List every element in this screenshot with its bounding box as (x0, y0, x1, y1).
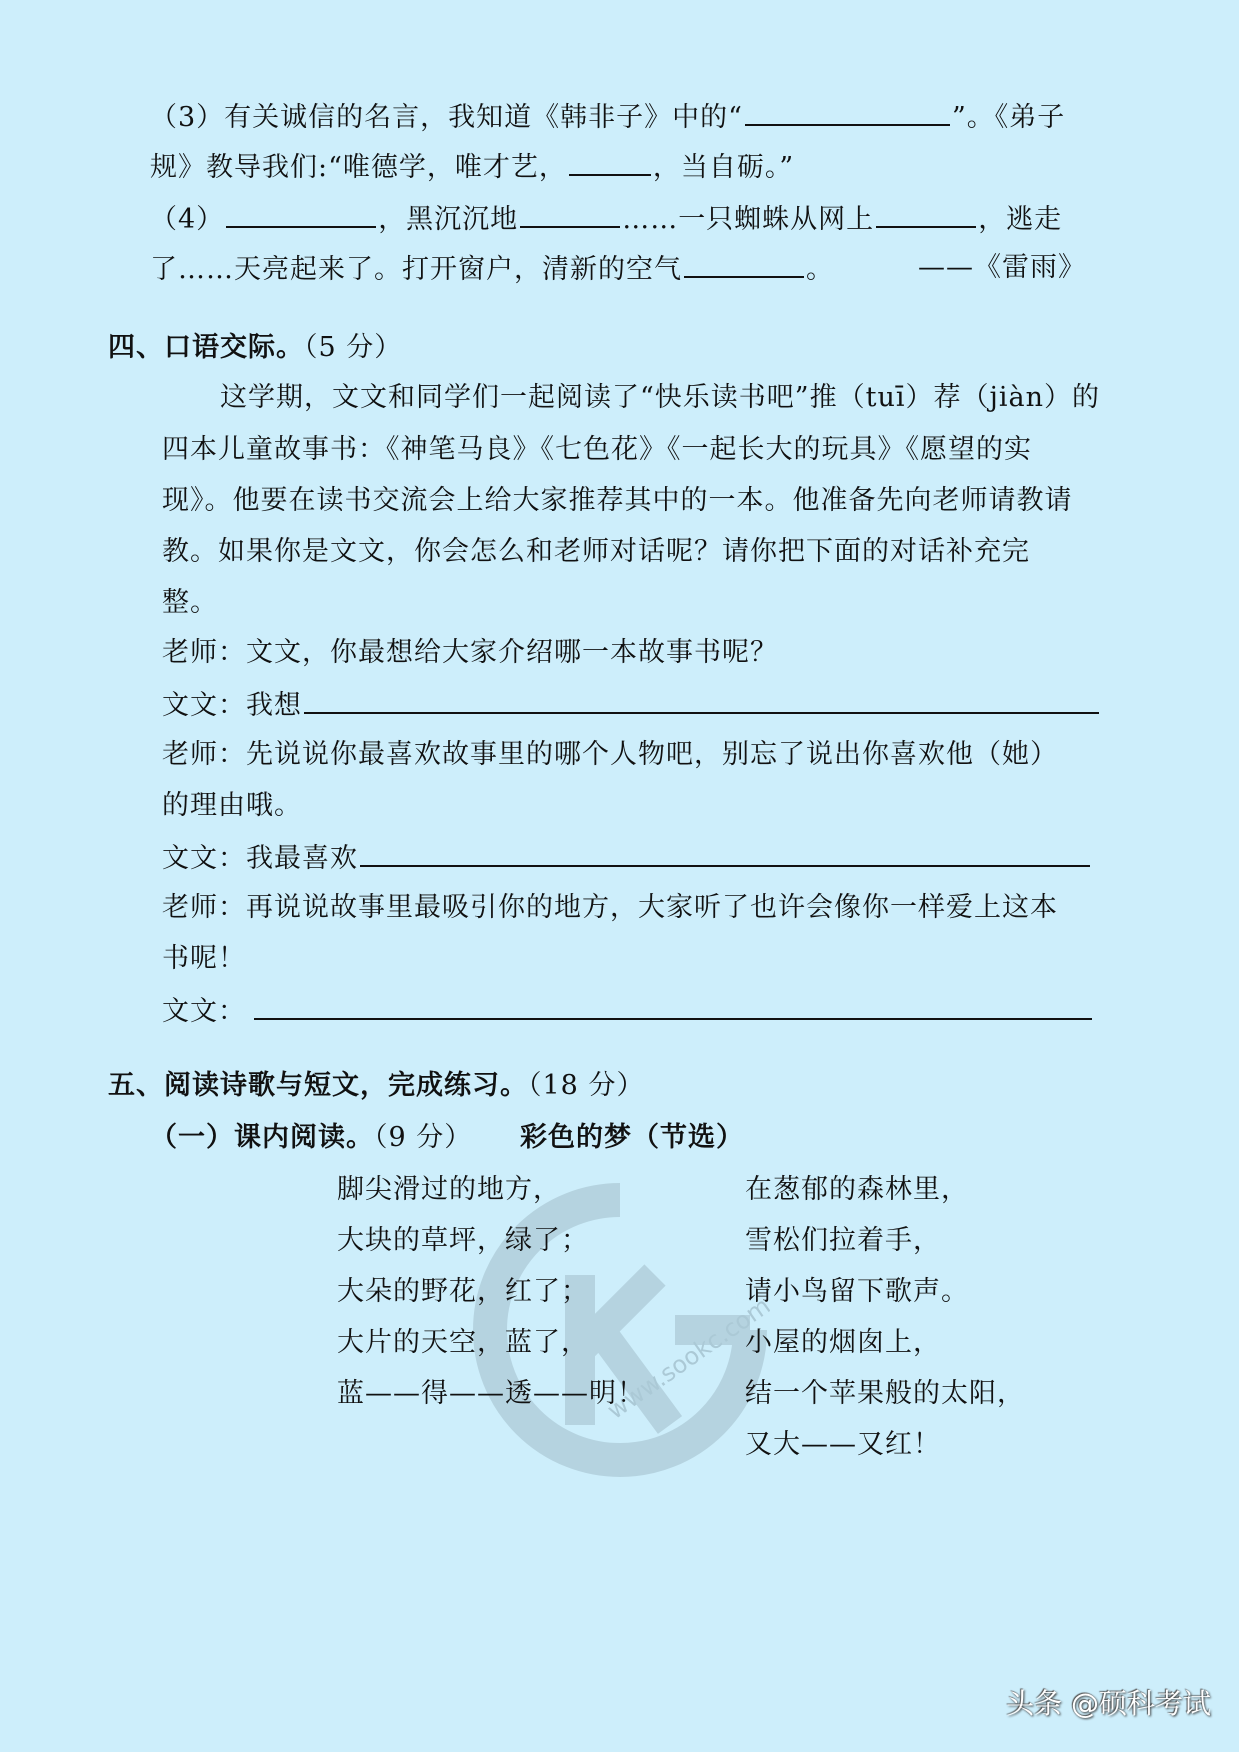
answer-blank[interactable] (360, 839, 1090, 867)
answer-blank[interactable] (684, 250, 804, 278)
dialog-teacher-2-cont: 的理由哦。 (162, 788, 302, 824)
q4-text: 。 (806, 254, 834, 285)
section5-sub1-heading: （一）课内阅读。（9 分） (150, 1120, 472, 1156)
q4-text: ，逃走 (978, 204, 1062, 235)
dialog-teacher-1: 老师：文文，你最想给大家介绍哪一本故事书呢？ (162, 635, 778, 671)
section-score: （18 分） (528, 1070, 644, 1101)
answer-blank[interactable] (226, 200, 376, 228)
q4-label: （4） (150, 204, 224, 235)
answer-blank[interactable] (876, 200, 976, 228)
section4-paragraph-line: 现》。他要在读书交流会上给大家推荐其中的一本。他准备先向老师请教请 (162, 483, 1073, 519)
q3-text: 规》教导我们:“唯德学，唯才艺， (150, 152, 567, 183)
poem-left-line: 大块的草坪，绿了； (337, 1223, 589, 1259)
subsection-score: （9 分） (374, 1122, 472, 1153)
section4-paragraph-line: 这学期，文文和同学们一起阅读了“快乐读书吧”推（tuī）荐（jiàn）的 (220, 380, 1100, 416)
dialog-wenwen-2: 文文：我最喜欢 (162, 839, 1092, 877)
answer-blank[interactable] (745, 98, 950, 126)
q3-line-1: （3）有关诚信的名言，我知道《韩非子》中的“”。《弟子 (150, 98, 1065, 136)
q4-text: 了……天亮起来了。打开窗户，清新的空气 (150, 254, 682, 285)
q4-text: ……一只蜘蛛从网上 (622, 204, 874, 235)
q3-text: ”。《弟子 (952, 102, 1065, 133)
section4-paragraph-line: 四本儿童故事书：《神笔马良》《七色花》《一起长大的玩具》《愿望的实 (162, 432, 1032, 468)
poem-right-line: 雪松们拉着手， (745, 1223, 941, 1259)
section4-paragraph-line: 教。如果你是文文，你会怎么和老师对话呢？请你把下面的对话补充完 (162, 534, 1030, 570)
dialog-teacher-3: 老师：再说说故事里最吸引你的地方，大家听了也许会像你一样爱上这本 (162, 890, 1058, 926)
dialog-text: 文文：我最喜欢 (162, 843, 358, 874)
section-title: 五、阅读诗歌与短文，完成练习。 (108, 1070, 528, 1101)
dialog-text: 文文：我想 (162, 690, 302, 721)
q4-line-2: 了……天亮起来了。打开窗户，清新的空气。 (150, 250, 834, 288)
poem-right-line: 请小鸟留下歌声。 (745, 1274, 969, 1310)
subsection-title: （一）课内阅读。 (150, 1122, 374, 1153)
answer-blank[interactable] (520, 200, 620, 228)
section4-paragraph-line: 整。 (162, 585, 218, 621)
poem-right-line: 结一个苹果般的太阳， (745, 1376, 1025, 1412)
dialog-teacher-2: 老师：先说说你最喜欢故事里的哪个人物吧，别忘了说出你喜欢他（她） (162, 737, 1058, 773)
dialog-wenwen-3: 文文： (162, 992, 1094, 1030)
q4-text: ，黑沉沉地 (378, 204, 518, 235)
dialog-wenwen-1: 文文：我想 (162, 686, 1101, 724)
q3-text: （3）有关诚信的名言，我知道《韩非子》中的“ (150, 102, 743, 133)
section4-heading: 四、口语交际。（5 分） (108, 330, 402, 366)
answer-blank[interactable] (254, 992, 1092, 1020)
section-score: （5 分） (304, 332, 402, 363)
section5-heading: 五、阅读诗歌与短文，完成练习。（18 分） (108, 1068, 644, 1104)
q4-source: ——《雷雨》 (918, 250, 1086, 286)
q3-text: ，当自砺。” (653, 152, 794, 183)
q4-line-1: （4），黑沉沉地……一只蜘蛛从网上，逃走 (150, 200, 1062, 238)
q3-line-2: 规》教导我们:“唯德学，唯才艺，，当自砺。” (150, 148, 794, 186)
poem-left-line: 脚尖滑过的地方， (337, 1172, 561, 1208)
dialog-text: 文文： (162, 996, 246, 1027)
dialog-teacher-3-cont: 书呢！ (162, 941, 246, 977)
answer-blank[interactable] (569, 148, 651, 176)
poem-left-line: 大朵的野花，红了； (337, 1274, 589, 1310)
poem-right-line: 在葱郁的森林里， (745, 1172, 969, 1208)
section-title: 四、口语交际。 (108, 332, 304, 363)
poem-left-line: 蓝——得——透——明！ (337, 1376, 645, 1412)
poem-right-line: 又大——又红！ (745, 1427, 941, 1463)
poem-title: 彩色的梦（节选） (520, 1120, 744, 1156)
footer-attribution: 头条 @硕科考试 (1006, 1682, 1211, 1722)
answer-blank[interactable] (304, 686, 1099, 714)
poem-right-line: 小屋的烟囱上， (745, 1325, 941, 1361)
poem-left-line: 大片的天空，蓝了， (337, 1325, 589, 1361)
